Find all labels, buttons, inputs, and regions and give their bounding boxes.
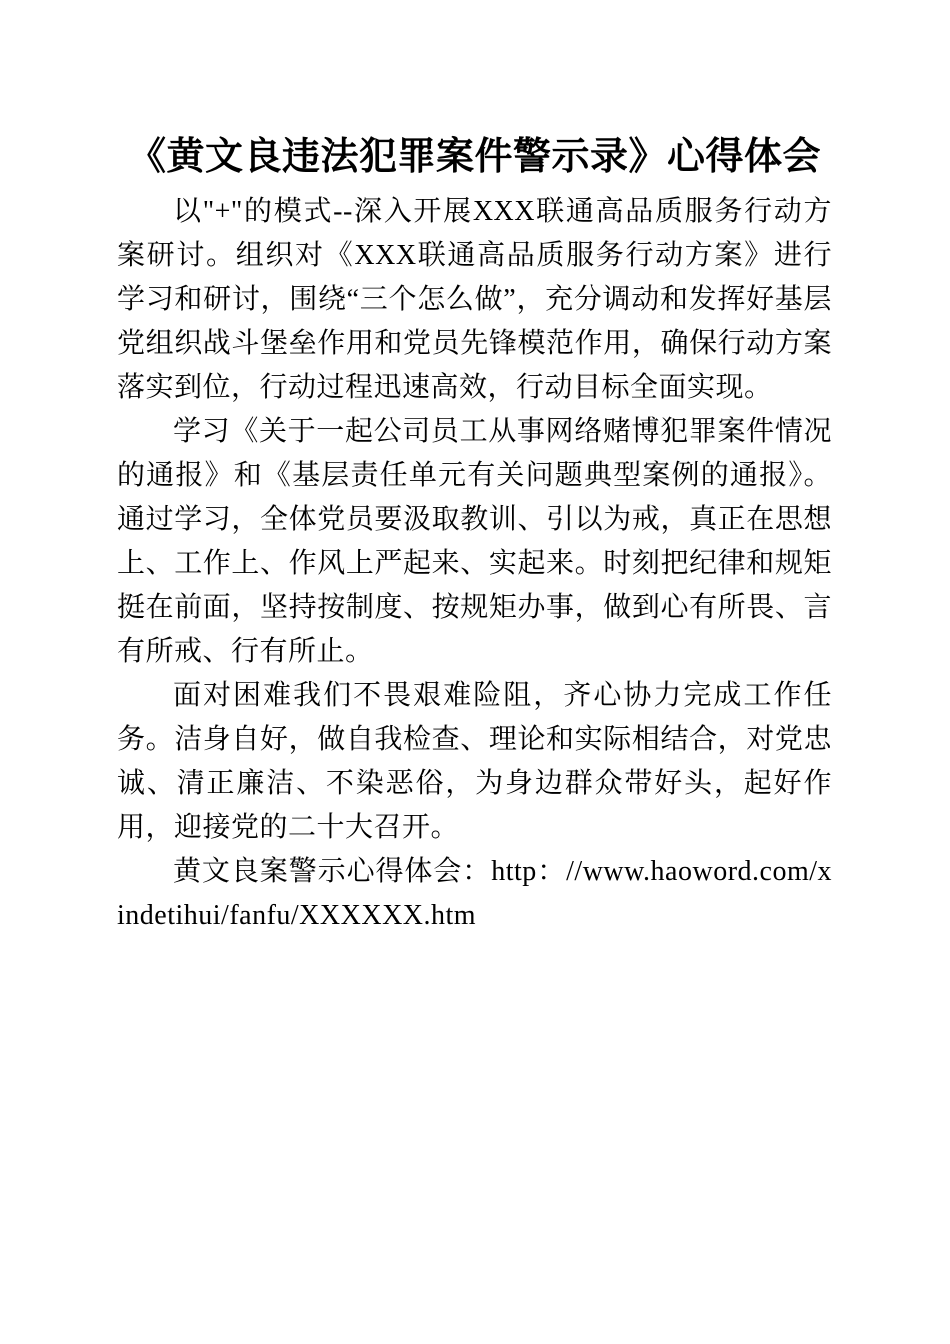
body-paragraph-3: 面对困难我们不畏艰难险阻，齐心协力完成工作任务。洁身自好，做自我检查、理论和实际…: [117, 674, 832, 850]
body-paragraph-url: 黄文良案警示心得体会：http：//www.haoword.com/xindet…: [117, 850, 832, 938]
document-title: 《黄文良违法犯罪案件警示录》心得体会: [117, 133, 832, 181]
body-paragraph-1: 以"+"的模式--深入开展XXX联通高品质服务行动方案研讨。组织对《XXX联通高…: [117, 190, 832, 410]
document-page: 《黄文良违法犯罪案件警示录》心得体会 以"+"的模式--深入开展XXX联通高品质…: [0, 0, 950, 1344]
body-paragraph-2: 学习《关于一起公司员工从事网络赌博犯罪案件情况的通报》和《基层责任单元有关问题典…: [117, 410, 832, 674]
